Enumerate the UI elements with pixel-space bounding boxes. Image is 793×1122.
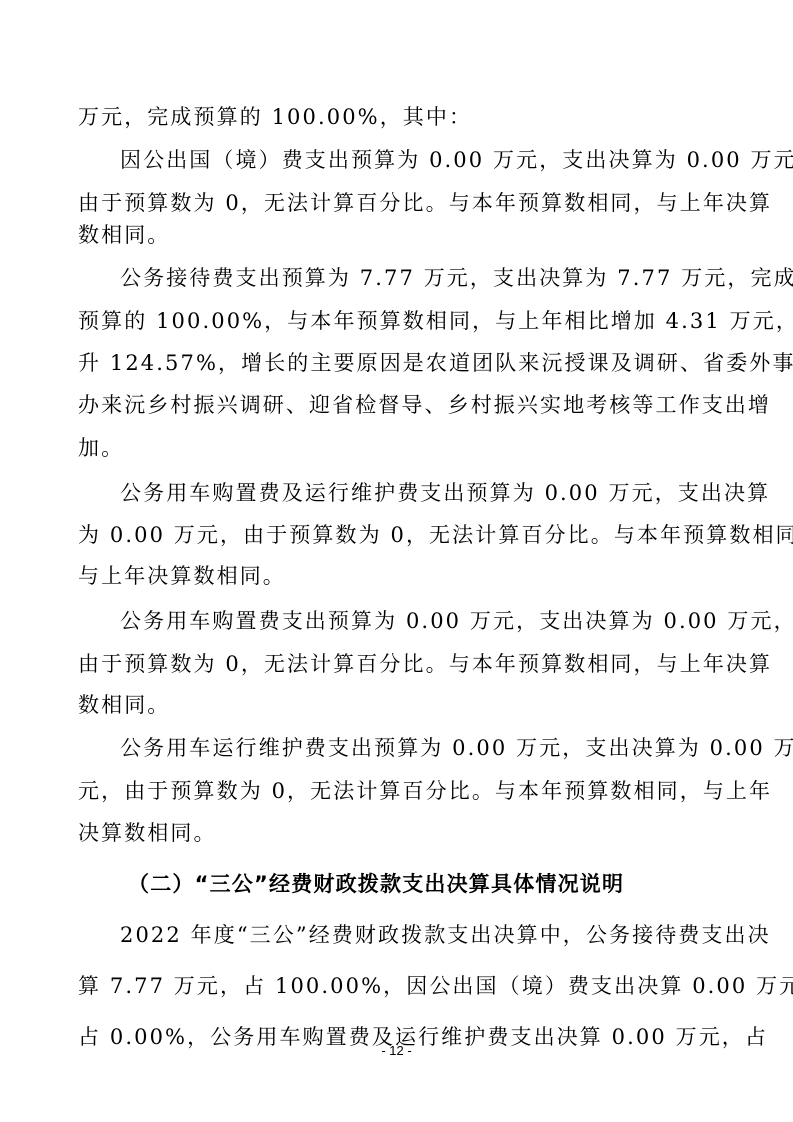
paragraph-line: 办来沅乡村振兴调研、迎省检督导、乡村振兴实地考核等工作支出增 xyxy=(78,390,771,420)
paragraph-line: 加。 xyxy=(78,433,124,463)
paragraph-line: 数相同。 xyxy=(78,690,170,720)
paragraph-line: 数相同。 xyxy=(78,220,170,250)
paragraph-line: 算 7.77 万元，占 100.00%，因公出国（境）费支出决算 0.00 万元… xyxy=(78,971,793,1001)
paragraph-line: 万元，完成预算的 100.00%，其中： xyxy=(78,102,472,132)
paragraph-line: 预算的 100.00%，与本年预算数相同，与上年相比增加 4.31 万元，上 xyxy=(78,306,793,336)
paragraph-line: 与上年决算数相同。 xyxy=(78,561,286,591)
paragraph-line: 为 0.00 万元，由于预算数为 0，无法计算百分比。与本年预算数相同， xyxy=(78,520,793,550)
paragraph-line: 公务接待费支出预算为 7.77 万元，支出决算为 7.77 万元，完成 xyxy=(120,263,793,293)
paragraph-line: 公务用车运行维护费支出预算为 0.00 万元，支出决算为 0.00 万 xyxy=(120,733,793,763)
paragraph-line: 公务用车购置费及运行维护费支出预算为 0.00 万元，支出决算 xyxy=(120,478,770,508)
section-heading: （二）“三公”经费财政拨款支出决算具体情况说明 xyxy=(128,869,624,899)
paragraph-line: 由于预算数为 0，无法计算百分比。与本年预算数相同，与上年决算 xyxy=(78,649,772,679)
paragraph-line: 因公出国（境）费支出预算为 0.00 万元，支出决算为 0.00 万元， xyxy=(120,145,793,175)
paragraph-line: 公务用车购置费支出预算为 0.00 万元，支出决算为 0.00 万元， xyxy=(120,606,793,636)
page-number: - 12 - xyxy=(0,1043,793,1058)
paragraph-line: 2022 年度“三公”经费财政拨款支出决算中，公务接待费支出决 xyxy=(120,920,771,950)
paragraph-line: 由于预算数为 0，无法计算百分比。与本年预算数相同，与上年决算 xyxy=(78,188,772,218)
paragraph-line: 决算数相同。 xyxy=(78,818,217,848)
paragraph-line: 元，由于预算数为 0，无法计算百分比。与本年预算数相同，与上年 xyxy=(78,776,772,806)
paragraph-line: 升 124.57%，增长的主要原因是农道团队来沅授课及调研、省委外事 xyxy=(78,348,793,378)
